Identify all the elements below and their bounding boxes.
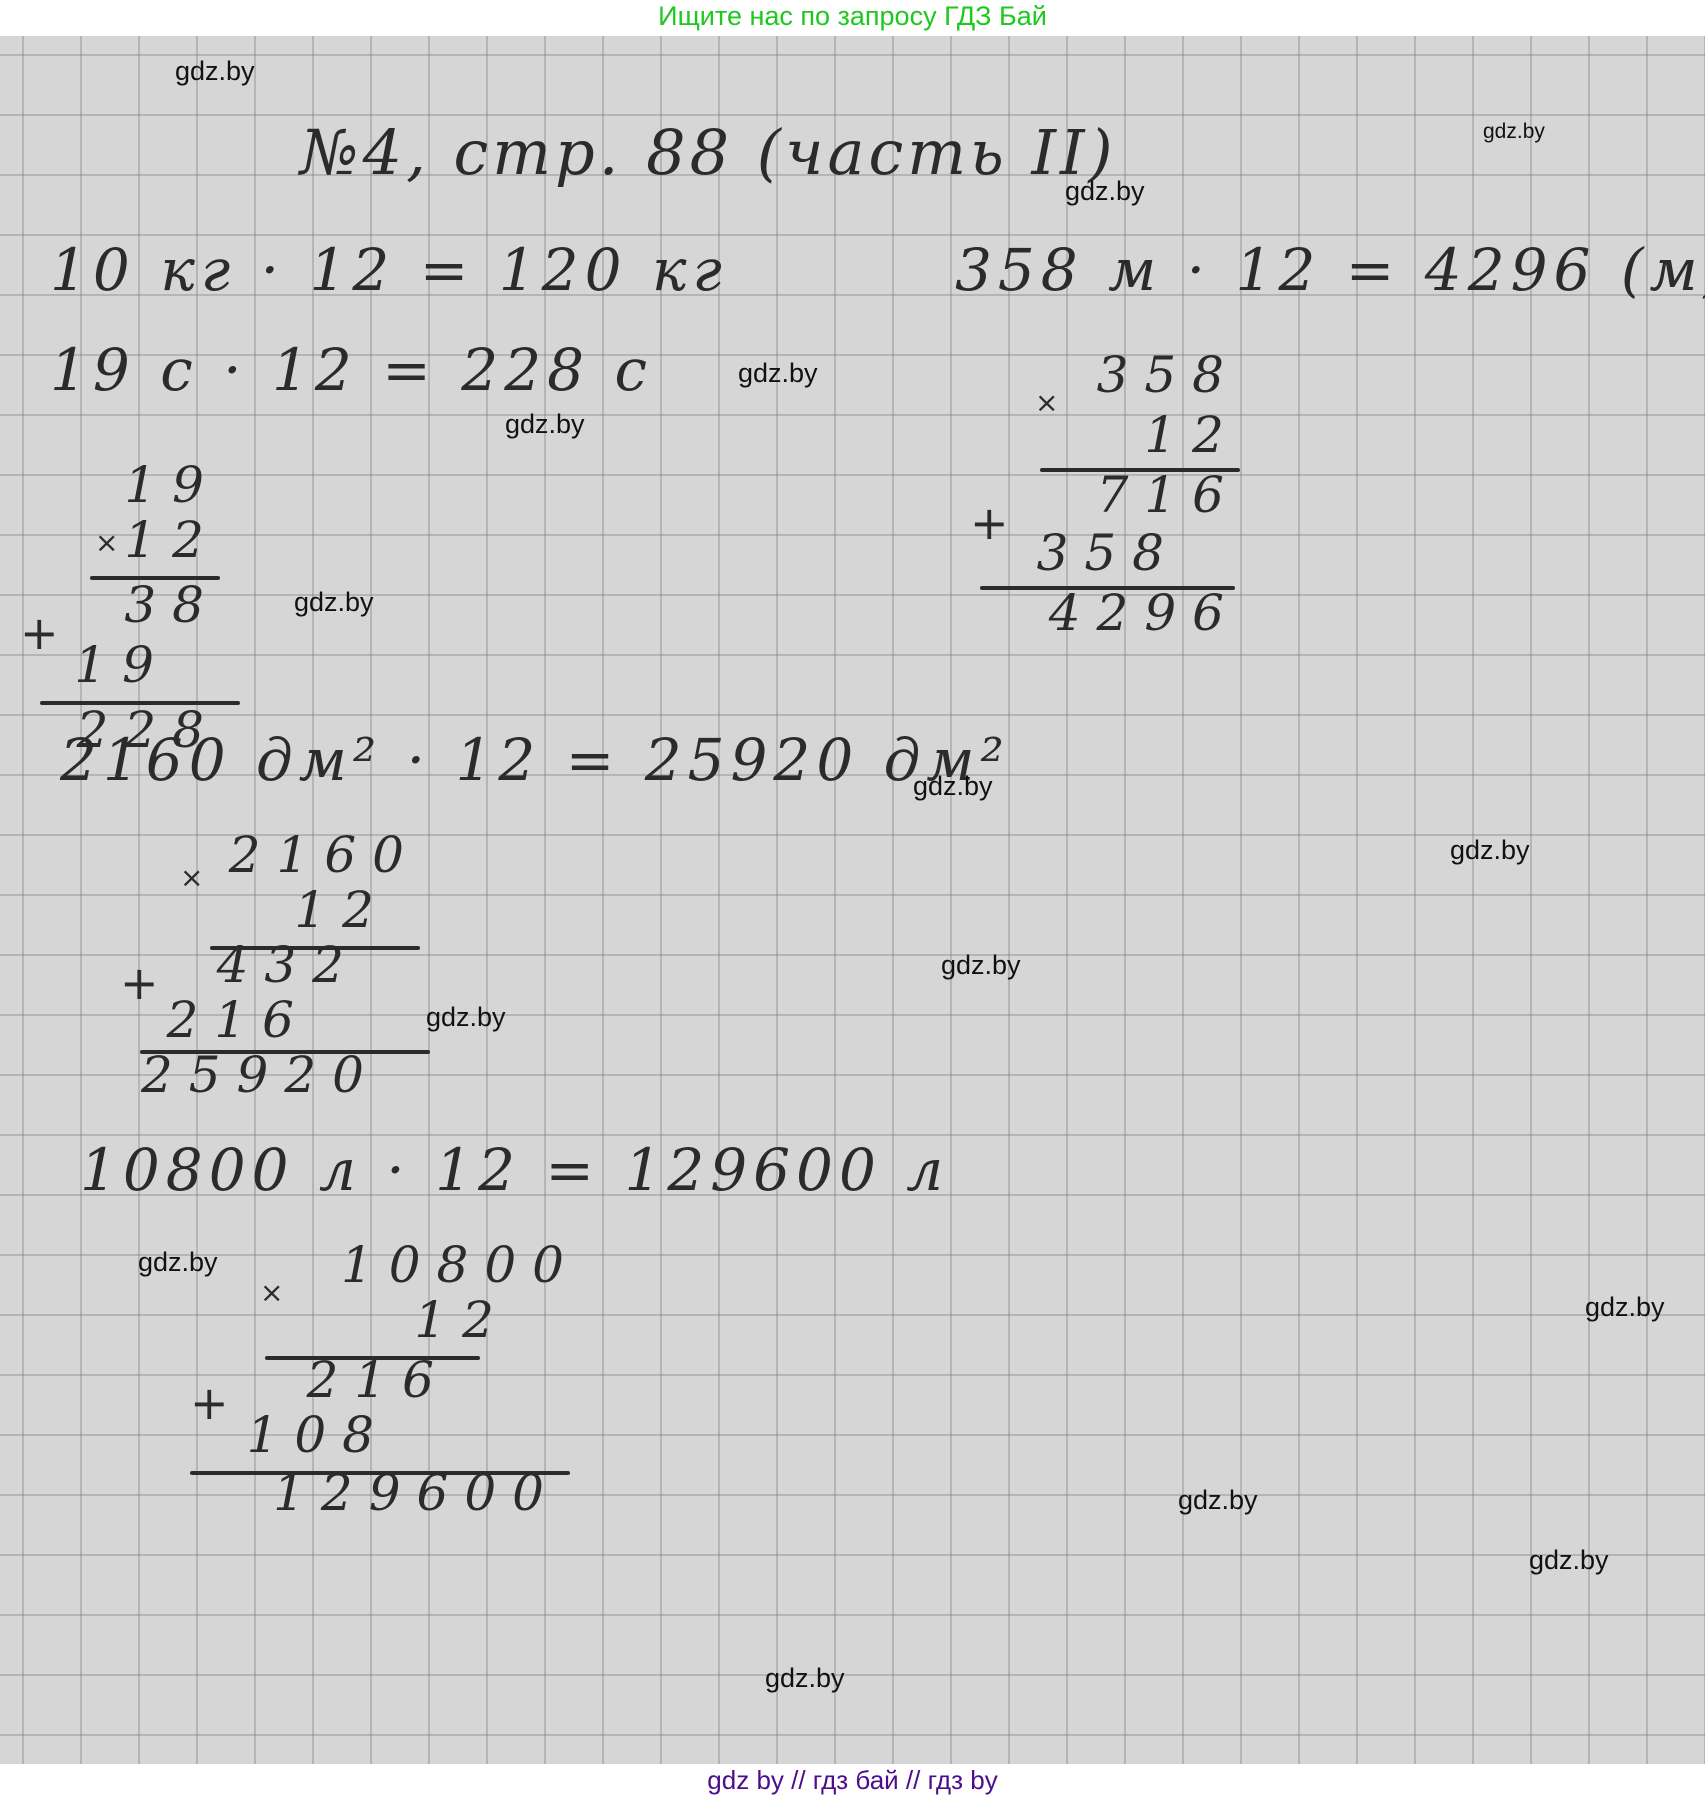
- equation-dm2: 2160 дм² · 12 = 25920 дм²: [60, 726, 1010, 794]
- multiplier: 12: [124, 511, 220, 569]
- watermark: gdz.by: [1178, 1485, 1258, 1516]
- watermark: gdz.by: [1529, 1545, 1609, 1576]
- watermark: gdz.by: [1585, 1292, 1665, 1323]
- equation-kg: 10 кг · 12 = 120 кг: [50, 236, 728, 304]
- watermark: gdz.by: [1065, 176, 1145, 207]
- result: 25920: [141, 1046, 380, 1104]
- partial-product: 38: [124, 576, 220, 634]
- partial-product: 716: [1097, 466, 1240, 524]
- multiplier: 12: [414, 1291, 510, 1349]
- plus-sign: +: [20, 606, 59, 660]
- multiplicand: 19: [124, 456, 220, 514]
- watermark: gdz.by: [505, 409, 585, 440]
- plus-sign: +: [120, 956, 159, 1010]
- watermark: gdz.by: [1483, 120, 1545, 144]
- partial-product: 358: [1037, 524, 1180, 582]
- watermark: gdz.by: [175, 56, 255, 87]
- multiplier: 12: [294, 881, 390, 939]
- calc-19x12: × 19 12 38 + 19 228: [20, 456, 220, 756]
- multiply-sign: ×: [1035, 386, 1058, 419]
- partial-product: 432: [217, 936, 360, 994]
- watermark: gdz.by: [1450, 835, 1530, 866]
- notebook-page: №4, стр. 88 (часть II) 10 кг · 12 = 120 …: [0, 36, 1705, 1764]
- watermark: gdz.by: [765, 1663, 845, 1694]
- plus-sign: +: [190, 1376, 229, 1430]
- watermark: gdz.by: [738, 358, 818, 389]
- multiply-sign: ×: [95, 526, 118, 559]
- calc-358x12: × 358 12 716 + 358 4296: [960, 346, 1240, 666]
- multiply-sign: ×: [260, 1276, 283, 1309]
- result: 4296: [1049, 584, 1240, 642]
- watermark: gdz.by: [294, 587, 374, 618]
- watermark: gdz.by: [138, 1247, 218, 1278]
- equation-m: 358 м · 12 = 4296 (м): [955, 236, 1705, 304]
- result: 129600: [273, 1464, 560, 1522]
- equation-c: 19 с · 12 = 228 с: [50, 336, 653, 404]
- watermark: gdz.by: [426, 1002, 506, 1033]
- equation-l: 10800 л · 12 = 129600 л: [80, 1136, 949, 1204]
- multiplicand: 2160: [229, 826, 420, 884]
- watermark: gdz.by: [913, 771, 993, 802]
- header-banner: Ищите нас по запросу ГДЗ Бай: [0, 0, 1705, 36]
- partial-product: 19: [74, 636, 170, 694]
- multiply-sign: ×: [180, 861, 203, 894]
- footer-banner: gdz by // гдз бай // гдз by: [0, 1764, 1705, 1797]
- watermark: gdz.by: [941, 950, 1021, 981]
- multiplier: 12: [1144, 406, 1240, 464]
- partial-product: 108: [247, 1406, 390, 1464]
- plus-sign: +: [970, 496, 1009, 550]
- page-title: №4, стр. 88 (часть II): [300, 116, 1117, 189]
- calc-10800x12: × 10800 12 216 + 108 129600: [170, 1236, 580, 1556]
- partial-product: 216: [307, 1351, 450, 1409]
- multiplicand: 358: [1097, 346, 1240, 404]
- multiplicand: 10800: [341, 1236, 580, 1294]
- partial-product: 216: [167, 991, 310, 1049]
- calc-2160x12: × 2160 12 432 + 216 25920: [120, 826, 420, 1126]
